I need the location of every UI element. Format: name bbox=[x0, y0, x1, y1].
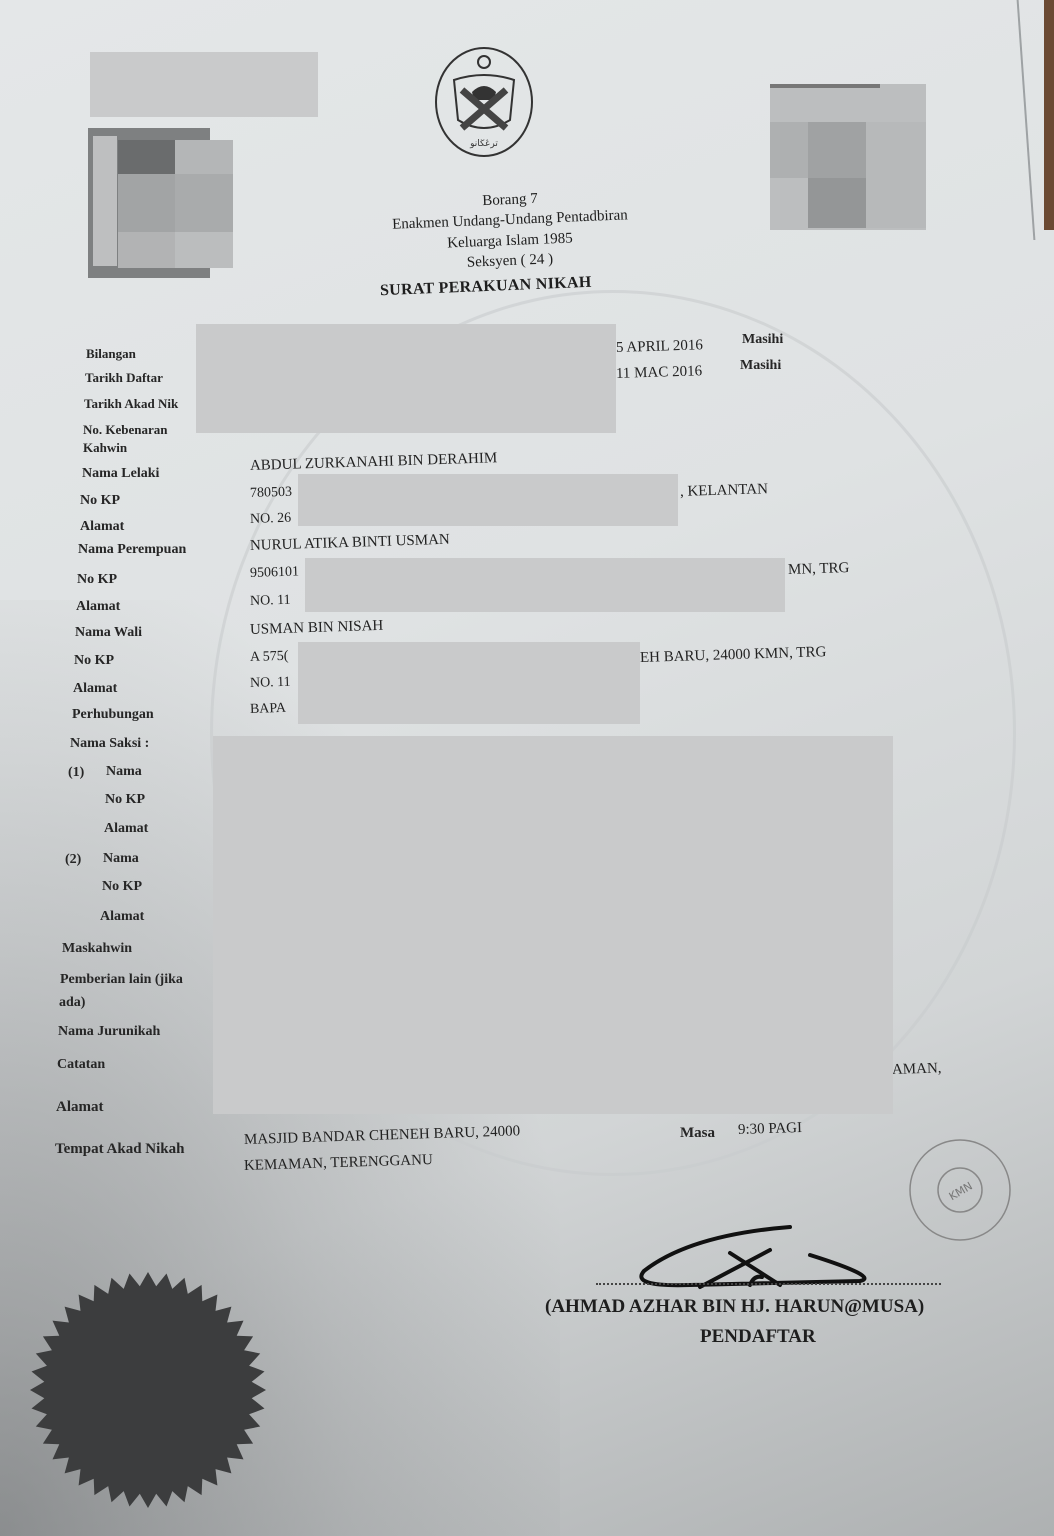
svg-text:ترڠڬانو: ترڠڬانو bbox=[469, 139, 498, 149]
label-bilangan: Bilangan bbox=[86, 346, 136, 362]
svg-text:KMN: KMN bbox=[947, 1179, 975, 1203]
value-catatan-tail: AMAN, bbox=[892, 1060, 942, 1079]
label-saksi2-no-kp: No KP bbox=[102, 879, 142, 895]
redacted-photo-left bbox=[88, 128, 233, 278]
label-tarikh-akad: Tarikh Akad Nik bbox=[84, 396, 178, 412]
redacted-perempuan-details bbox=[305, 558, 785, 612]
label-nama-saksi: Nama Saksi : bbox=[70, 736, 149, 752]
redacted-header-block bbox=[90, 52, 318, 117]
value-tarikh-daftar: 5 APRIL 2016 bbox=[616, 337, 703, 357]
label-saksi1-alamat: Alamat bbox=[104, 821, 148, 837]
redacted-wali-details bbox=[298, 642, 640, 724]
label-kahwin: Kahwin bbox=[83, 440, 127, 456]
redacted-saksi-block bbox=[213, 736, 893, 1114]
label-alamat-lelaki: Alamat bbox=[80, 519, 124, 535]
redacted-bilangan-block bbox=[196, 324, 616, 433]
terengganu-emblem-icon: ترڠڬانو bbox=[432, 40, 536, 158]
value-alamat-lelaki: NO. 26 bbox=[250, 511, 292, 528]
label-saksi1-no-kp: No KP bbox=[105, 792, 145, 808]
value-no-kp-lelaki: 780503 bbox=[250, 485, 292, 502]
registrar-name: (AHMAD AZHAR BIN HJ. HARUN@MUSA) bbox=[545, 1296, 924, 1318]
redacted-photo-right bbox=[770, 84, 926, 230]
value-perhubungan: BAPA bbox=[250, 701, 287, 718]
label-alamat-perempuan: Alamat bbox=[76, 599, 120, 615]
value-negeri-lelaki: , KELANTAN bbox=[680, 481, 768, 501]
label-catatan: Catatan bbox=[57, 1057, 105, 1073]
label-masa: Masa bbox=[680, 1125, 715, 1142]
label-tempat-akad: Tempat Akad Nikah bbox=[55, 1141, 185, 1158]
signature-line bbox=[596, 1283, 941, 1285]
tarikh-akad-suffix: Masihi bbox=[740, 358, 781, 374]
label-pemberian: Pemberian lain (jika bbox=[60, 972, 183, 988]
label-no-kp-lelaki: No KP bbox=[80, 493, 120, 509]
label-nama-lelaki: Nama Lelaki bbox=[82, 466, 159, 482]
value-tarikh-akad: 11 MAC 2016 bbox=[616, 363, 703, 383]
value-alamat-perempuan: NO. 11 bbox=[250, 593, 291, 610]
value-masa: 9:30 PAGI bbox=[738, 1120, 803, 1139]
label-tarikh-daftar: Tarikh Daftar bbox=[85, 370, 163, 386]
kmn-stamp-icon: KMN bbox=[905, 1135, 1015, 1245]
label-pemberian-ada: ada) bbox=[59, 995, 85, 1011]
label-saksi1-nama: Nama bbox=[106, 764, 142, 780]
label-alamat-wali: Alamat bbox=[73, 681, 117, 697]
label-no-kebenaran: No. Kebenaran bbox=[83, 422, 168, 438]
redacted-lelaki-details bbox=[298, 474, 678, 526]
value-no-kp-perempuan: 9506101 bbox=[250, 564, 299, 582]
label-maskahwin: Maskahwin bbox=[62, 941, 132, 957]
label-saksi2-num: (2) bbox=[65, 852, 81, 868]
label-jurunikah: Nama Jurunikah bbox=[58, 1024, 160, 1040]
label-no-kp-wali: No KP bbox=[74, 653, 114, 669]
value-no-kp-wali: A 575( bbox=[250, 649, 289, 666]
label-no-kp-perempuan: No KP bbox=[77, 572, 117, 588]
tarikh-daftar-suffix: Masihi bbox=[742, 332, 783, 348]
value-negeri-perempuan: MN, TRG bbox=[788, 560, 850, 579]
label-saksi2-alamat: Alamat bbox=[100, 909, 144, 925]
starburst-seal-icon bbox=[28, 1270, 268, 1510]
label-nama-perempuan: Nama Perempuan bbox=[78, 542, 186, 558]
label-saksi1-num: (1) bbox=[68, 765, 84, 781]
label-saksi2-nama: Nama bbox=[103, 851, 139, 867]
value-alamat-wali: NO. 11 bbox=[250, 675, 291, 692]
table-edge bbox=[1044, 0, 1054, 230]
label-nama-wali: Nama Wali bbox=[75, 625, 142, 641]
label-alamat-jurunikah: Alamat bbox=[56, 1099, 104, 1116]
label-perhubungan: Perhubungan bbox=[72, 707, 154, 723]
registrar-role: PENDAFTAR bbox=[700, 1326, 816, 1348]
